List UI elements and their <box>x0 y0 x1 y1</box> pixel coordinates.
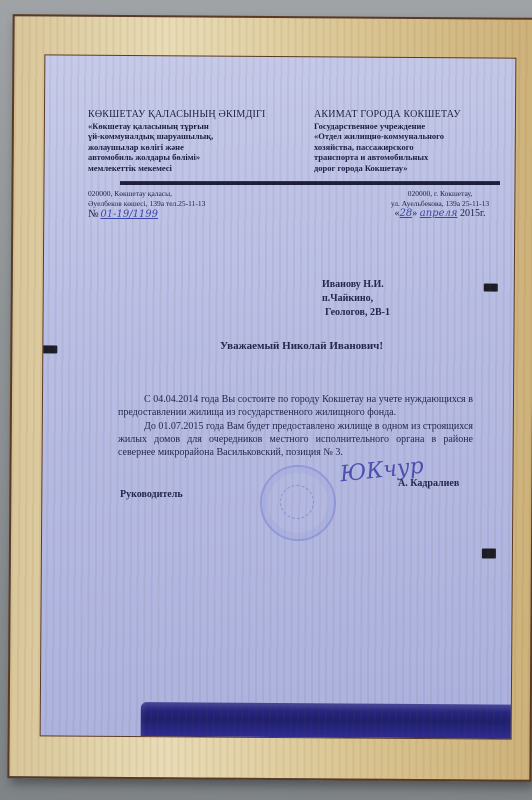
dept-line: «Көкшетау қаласының тұрғын <box>88 121 278 132</box>
address-russian: 020000, г. Кокшетау, ул. Ауельбекова, 13… <box>380 189 500 220</box>
body-paragraph: С 04.04.2014 года Вы состоите по городу … <box>118 393 473 419</box>
dept-line: «Отдел жилищно-коммунального <box>314 131 504 142</box>
dept-line: транспорта и автомобильных <box>314 152 504 163</box>
blue-tape <box>141 702 517 739</box>
recipient-settlement: п.Чайкино, <box>322 292 390 306</box>
letterhead: КӨКШЕТАУ ҚАЛАСЫНЫҢ ӘКІМДІГІ «Көкшетау қа… <box>40 62 460 220</box>
greeting: Уважаемый Николай Иванович! <box>220 340 383 352</box>
address-line: 020000, г. Кокшетау, <box>380 189 500 199</box>
number-label: № <box>88 208 99 220</box>
signatory-name: А. Кадралиев <box>398 478 459 489</box>
header-divider <box>120 181 500 185</box>
official-seal <box>260 465 336 541</box>
address-line: 020000, Көкшетау қаласы, <box>88 189 205 199</box>
signatory-title: Руководитель <box>120 489 183 500</box>
recipient-street: Геологов, 2В-1 <box>322 306 390 320</box>
reference-number: № 01-19/1199 <box>88 209 205 220</box>
recipient-block: Иванову Н.И. п.Чайкино, Геологов, 2В-1 <box>322 278 390 320</box>
org-title-kz: КӨКШЕТАУ ҚАЛАСЫНЫҢ ӘКІМДІГІ <box>88 110 278 121</box>
recipient-name: Иванову Н.И. <box>322 278 390 292</box>
frame-clip <box>482 548 496 558</box>
letter-date: «28» апреля 2015г. <box>380 209 500 219</box>
date-month: апреля <box>420 208 458 219</box>
dept-line: хозяйства, пассажирского <box>314 142 504 153</box>
dept-line: дорог города Кокшетау» <box>314 163 504 174</box>
dept-line: автомобиль жолдары бөлімі» <box>88 152 278 163</box>
date-day: 28 <box>400 208 413 219</box>
letterhead-kazakh: КӨКШЕТАУ ҚАЛАСЫНЫҢ ӘКІМДІГІ «Көкшетау қа… <box>88 110 278 173</box>
seal-emblem <box>280 485 314 519</box>
dept-line: жолаушылар көлігі және <box>88 142 278 153</box>
date-year: 2015г. <box>460 208 485 219</box>
frame-clip <box>40 345 58 353</box>
letterhead-russian: АКИМАТ ГОРОДА КОКШЕТАУ Государственное у… <box>314 110 504 173</box>
number-value: 01-19/1199 <box>100 209 158 220</box>
dept-line: Государственное учреждение <box>314 121 504 132</box>
letter-body: С 04.04.2014 года Вы состоите по городу … <box>118 393 473 460</box>
dept-line: мемлекеттік мекемесі <box>88 163 278 174</box>
address-line: Әуелбеков көшесі, 139а тел.25-11-13 <box>88 199 205 209</box>
address-kazakh: 020000, Көкшетау қаласы, Әуелбеков көшес… <box>88 189 205 220</box>
dept-line: үй-коммуналдық шаруашылық, <box>88 131 278 142</box>
org-title-ru: АКИМАТ ГОРОДА КОКШЕТАУ <box>314 110 504 121</box>
frame-clip <box>484 283 498 291</box>
